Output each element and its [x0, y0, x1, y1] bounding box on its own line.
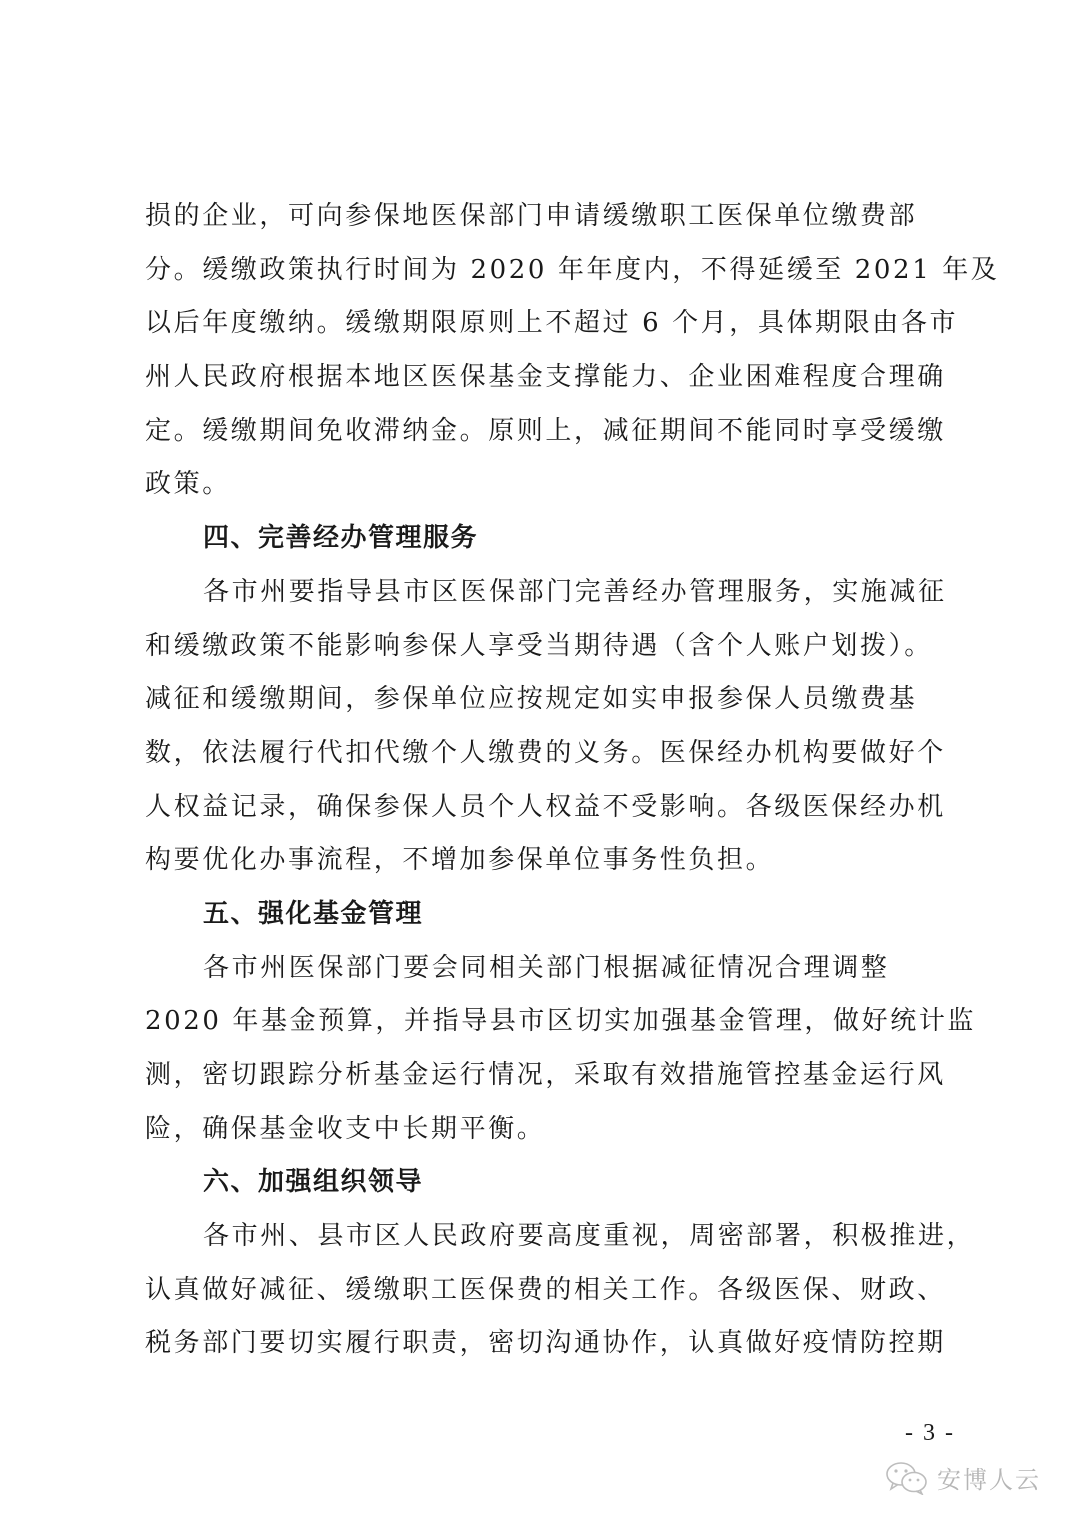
watermark: 安博人云 [885, 1460, 1041, 1495]
page-number: - 3 - [905, 1420, 955, 1447]
body-line: 测，密切跟踪分析基金运行情况，采取有效措施管控基金运行风 [145, 1049, 953, 1103]
body-line: 分。缓缴政策执行时间为 2020 年年度内，不得延缓至 2021 年及 [145, 244, 953, 298]
paragraph-start-line: 各市州医保部门要会同相关部门根据减征情况合理调整 [145, 942, 953, 996]
section-heading-6: 六、加强组织领导 [145, 1156, 953, 1210]
watermark-text: 安博人云 [937, 1460, 1041, 1495]
section-heading-4: 四、完善经办管理服务 [145, 512, 953, 566]
body-line: 数，依法履行代扣代缴个人缴费的义务。医保经办机构要做好个 [145, 727, 953, 781]
paragraph-start-line: 各市州、县市区人民政府要高度重视，周密部署，积极推进， [145, 1210, 953, 1264]
wechat-icon [885, 1461, 929, 1495]
body-line: 2020 年基金预算，并指导县市区切实加强基金管理，做好统计监 [145, 995, 953, 1049]
body-line: 税务部门要切实履行职责，密切沟通协作，认真做好疫情防控期 [145, 1317, 953, 1371]
document-body: 损的企业，可向参保地医保部门申请缓缴职工医保单位缴费部 分。缓缴政策执行时间为 … [145, 190, 953, 1371]
body-line: 减征和缓缴期间，参保单位应按规定如实申报参保人员缴费基 [145, 673, 953, 727]
document-page: 损的企业，可向参保地医保部门申请缓缴职工医保单位缴费部 分。缓缴政策执行时间为 … [0, 0, 1080, 1527]
body-line: 和缓缴政策不能影响参保人享受当期待遇（含个人账户划拨）。 [145, 620, 953, 674]
paragraph-start-line: 各市州要指导县市区医保部门完善经办管理服务，实施减征 [145, 566, 953, 620]
body-line: 构要优化办事流程，不增加参保单位事务性负担。 [145, 834, 953, 888]
body-line: 险，确保基金收支中长期平衡。 [145, 1103, 953, 1157]
body-line: 损的企业，可向参保地医保部门申请缓缴职工医保单位缴费部 [145, 190, 953, 244]
body-line: 定。缓缴期间免收滞纳金。原则上，减征期间不能同时享受缓缴 [145, 405, 953, 459]
body-line: 以后年度缴纳。缓缴期限原则上不超过 6 个月，具体期限由各市 [145, 297, 953, 351]
body-line: 州人民政府根据本地区医保基金支撑能力、企业困难程度合理确 [145, 351, 953, 405]
section-heading-5: 五、强化基金管理 [145, 888, 953, 942]
body-line: 政策。 [145, 458, 953, 512]
body-line: 认真做好减征、缓缴职工医保费的相关工作。各级医保、财政、 [145, 1264, 953, 1318]
body-line: 人权益记录，确保参保人员个人权益不受影响。各级医保经办机 [145, 781, 953, 835]
